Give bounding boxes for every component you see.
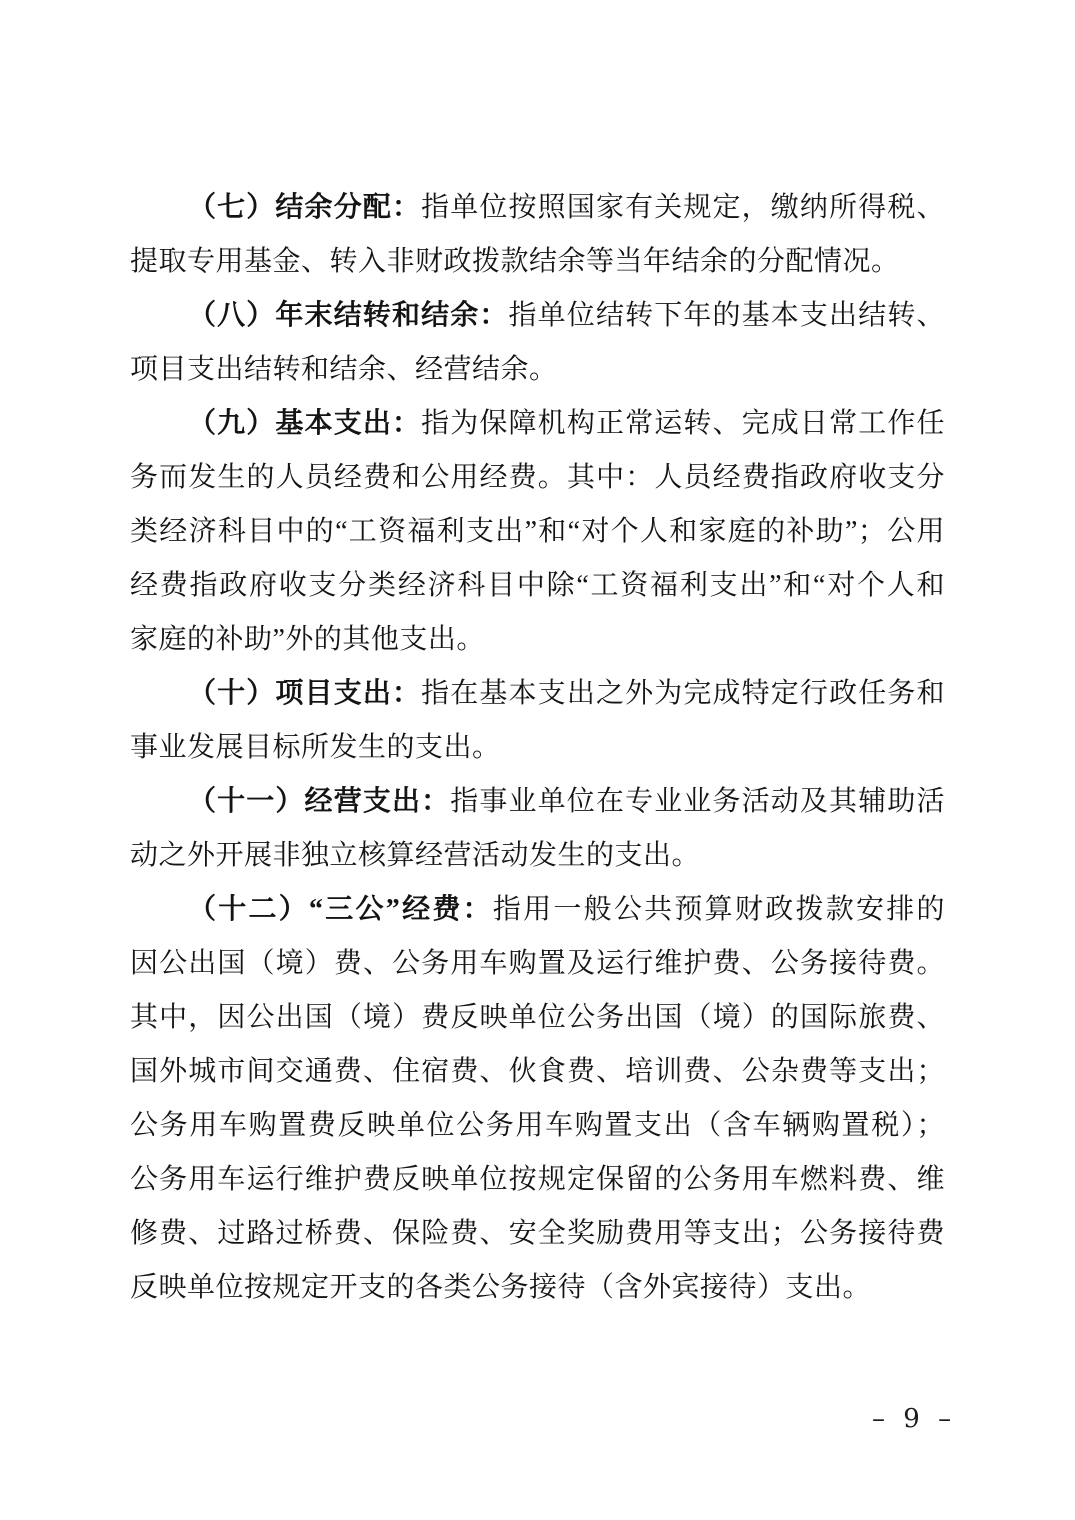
text-line: （八）年末结转和结余：指单位结转下年的基本支出结转、 [130,289,945,343]
document-page: （七）结余分配：指单位按照国家有关规定，缴纳所得税、提取专用基金、转入非财政拨款… [0,0,1075,1520]
text-line: 类经济科目中的“工资福利支出”和“对个人和家庭的补助”；公用 [130,505,945,559]
text-line: 提取专用基金、转入非财政拨款结余等当年结余的分配情况。 [130,235,945,289]
line-text: 反映单位按规定开支的各类公务接待（含外宾接待）支出。 [130,1272,871,1303]
line-text: 其中，因公出国（境）费反映单位公务出国（境）的国际旅费、 [130,1002,945,1033]
text-line: （九）基本支出：指为保障机构正常运转、完成日常工作任 [130,397,945,451]
text-line: 公务用车购置费反映单位公务用车购置支出（含车辆购置税）； [130,1099,945,1153]
line-text: 项目支出结转和结余、经营结余。 [130,354,558,385]
line-text: 家庭的补助”外的其他支出。 [130,624,485,655]
line-text: 修费、过路过桥费、保险费、安全奖励费用等支出；公务接待费 [130,1218,945,1249]
text-line: 家庭的补助”外的其他支出。 [130,613,945,667]
text-line: 国外城市间交通费、住宿费、伙食费、培训费、公杂费等支出； [130,1045,945,1099]
term-heading: （十二）“三公”经费： [188,894,493,925]
line-text: 经费指政府收支分类经济科目中除“工资福利支出”和“对个人和 [130,570,945,601]
text-line: （七）结余分配：指单位按照国家有关规定，缴纳所得税、 [130,181,945,235]
page-number: – 9 – [872,1404,956,1434]
term-heading: （九）基本支出： [188,408,421,439]
line-text: 因公出国（境）费、公务用车购置及运行维护费、公务接待费。 [130,948,945,979]
line-text: 国外城市间交通费、住宿费、伙食费、培训费、公杂费等支出； [130,1056,945,1087]
term-heading: （七）结余分配： [188,192,421,223]
text-line: 其中，因公出国（境）费反映单位公务出国（境）的国际旅费、 [130,991,945,1045]
line-text: 类经济科目中的“工资福利支出”和“对个人和家庭的补助”；公用 [130,516,945,547]
line-text: 事业发展目标所发生的支出。 [130,732,501,763]
document-body: （七）结余分配：指单位按照国家有关规定，缴纳所得税、提取专用基金、转入非财政拨款… [130,181,945,1315]
text-line: （十二）“三公”经费：指用一般公共预算财政拨款安排的 [130,883,945,937]
line-text: 指用一般公共预算财政拨款安排的 [493,894,945,925]
text-line: 修费、过路过桥费、保险费、安全奖励费用等支出；公务接待费 [130,1207,945,1261]
term-heading: （八）年末结转和结余： [188,300,509,331]
text-line: 动之外开展非独立核算经营活动发生的支出。 [130,829,945,883]
line-text: 指事业单位在专业业务活动及其辅助活 [450,786,945,817]
text-line: 反映单位按规定开支的各类公务接待（含外宾接待）支出。 [130,1261,945,1315]
line-text: 指单位按照国家有关规定，缴纳所得税、 [421,192,945,223]
line-text: 公务用车购置费反映单位公务用车购置支出（含车辆购置税）； [130,1110,945,1141]
line-text: 指单位结转下年的基本支出结转、 [509,300,945,331]
text-line: （十）项目支出：指在基本支出之外为完成特定行政任务和 [130,667,945,721]
line-text: 指在基本支出之外为完成特定行政任务和 [421,678,945,709]
line-text: 提取专用基金、转入非财政拨款结余等当年结余的分配情况。 [130,246,900,277]
text-line: 经费指政府收支分类经济科目中除“工资福利支出”和“对个人和 [130,559,945,613]
line-text: 指为保障机构正常运转、完成日常工作任 [421,408,945,439]
line-text: 公务用车运行维护费反映单位按规定保留的公务用车燃料费、维 [130,1164,945,1195]
line-text: 务而发生的人员经费和公用经费。其中：人员经费指政府收支分 [130,462,945,493]
term-heading: （十一）经营支出： [188,786,450,817]
text-line: （十一）经营支出：指事业单位在专业业务活动及其辅助活 [130,775,945,829]
term-heading: （十）项目支出： [188,678,421,709]
text-line: 因公出国（境）费、公务用车购置及运行维护费、公务接待费。 [130,937,945,991]
text-line: 务而发生的人员经费和公用经费。其中：人员经费指政府收支分 [130,451,945,505]
text-line: 事业发展目标所发生的支出。 [130,721,945,775]
text-line: 项目支出结转和结余、经营结余。 [130,343,945,397]
line-text: 动之外开展非独立核算经营活动发生的支出。 [130,840,700,871]
text-line: 公务用车运行维护费反映单位按规定保留的公务用车燃料费、维 [130,1153,945,1207]
